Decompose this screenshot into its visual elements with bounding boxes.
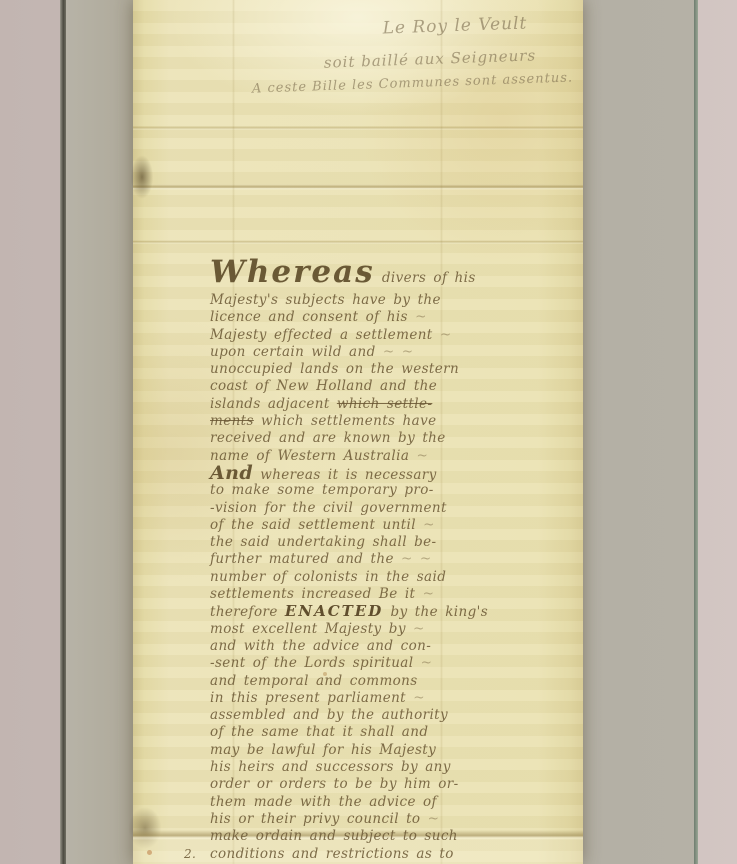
parchment-document: Le Roy le Veult soit baillé aux Seigneur… xyxy=(133,0,583,864)
document-line: his heirs and successors by any xyxy=(210,759,582,776)
document-line: his or their privy council to ~ xyxy=(210,811,582,828)
document-line: assembled and by the authority xyxy=(210,707,582,724)
text-segment: received and are known by the xyxy=(210,430,446,446)
text-segment: ~ xyxy=(416,448,428,464)
text-segment: ments xyxy=(210,413,254,429)
margin-number: 2. xyxy=(184,846,196,863)
document-line: settlements increased Be it ~ xyxy=(210,586,582,603)
text-segment: of the said settlement until xyxy=(210,517,423,533)
document-line: coast of New Holland and the xyxy=(210,378,582,395)
document-line: Whereas divers of his xyxy=(210,252,582,292)
photo-backdrop: Le Roy le Veult soit baillé aux Seigneur… xyxy=(0,0,737,864)
document-line: therefore Enacted by the king's xyxy=(210,603,582,620)
text-segment: them made with the advice of xyxy=(210,794,437,810)
document-body: Whereas divers of hisMajesty's subjects … xyxy=(210,252,582,863)
document-line: and with the advice and con- xyxy=(210,638,582,655)
text-segment: licence and consent of his xyxy=(210,309,415,325)
text-segment: And xyxy=(210,462,253,484)
text-segment: whereas it is necessary xyxy=(253,467,437,483)
document-line: islands adjacent which settle- xyxy=(210,396,582,413)
text-segment: ~ ~ xyxy=(383,344,414,360)
text-segment: islands adjacent xyxy=(210,396,337,412)
text-segment: coast of New Holland and the xyxy=(210,378,437,394)
text-segment: may be lawful for his Majesty xyxy=(210,742,436,758)
document-line: them made with the advice of xyxy=(210,794,582,811)
text-segment: therefore xyxy=(210,604,285,620)
royal-assent-line-2: soit baillé aux Seigneurs xyxy=(300,45,560,72)
document-line: And whereas it is necessary xyxy=(210,465,582,482)
text-segment: Enacted xyxy=(285,602,383,620)
document-line: of the said settlement until ~ xyxy=(210,517,582,534)
frame-edge-right xyxy=(694,0,698,864)
document-line: make ordain and subject to such xyxy=(210,828,582,845)
document-line: received and are known by the xyxy=(210,430,582,447)
royal-assent-line-1: Le Roy le Veult xyxy=(350,12,561,39)
text-segment: conditions and restrictions as to xyxy=(210,846,454,862)
document-line: further matured and the ~ ~ xyxy=(210,551,582,568)
text-segment: his or their privy council to xyxy=(210,811,428,827)
document-line: Majesty's subjects have by the xyxy=(210,292,582,309)
text-segment: of the same that it shall and xyxy=(210,724,428,740)
text-segment: most excellent Majesty by xyxy=(210,621,413,637)
text-segment: -sent of the Lords spiritual xyxy=(210,655,421,671)
crease-line xyxy=(133,126,583,130)
text-segment: ~ xyxy=(423,517,435,533)
document-line: upon certain wild and ~ ~ xyxy=(210,344,582,361)
document-line: number of colonists in the said xyxy=(210,569,582,586)
document-line: Majesty effected a settlement ~ xyxy=(210,327,582,344)
text-segment: which settlements have xyxy=(254,413,437,429)
document-line: order or orders to be by him or- xyxy=(210,776,582,793)
text-segment: ~ xyxy=(421,655,433,671)
text-segment: which settle- xyxy=(337,396,432,412)
document-line: ments which settlements have xyxy=(210,413,582,430)
text-segment: upon certain wild and xyxy=(210,344,383,360)
text-segment: Whereas xyxy=(210,254,375,290)
text-segment: ~ xyxy=(413,621,425,637)
document-line: -vision for the civil government xyxy=(210,500,582,517)
text-segment: unoccupied lands on the western xyxy=(210,361,459,377)
document-line: 2.conditions and restrictions as to xyxy=(210,846,582,863)
royal-assent-line-3: A ceste Bille les Communes sont assentus… xyxy=(250,70,575,96)
text-segment: in this present parliament xyxy=(210,690,413,706)
text-segment: assembled and by the authority xyxy=(210,707,448,723)
document-line: in this present parliament ~ xyxy=(210,690,582,707)
stain xyxy=(127,148,157,206)
text-segment: ~ xyxy=(440,327,452,343)
text-segment: Majesty's subjects have by the xyxy=(210,292,441,308)
document-line: and temporal and commons xyxy=(210,673,582,690)
text-segment: number of colonists in the said xyxy=(210,569,446,585)
text-segment: and with the advice and con- xyxy=(210,638,431,654)
document-line: licence and consent of his ~ xyxy=(210,309,582,326)
text-segment: order or orders to be by him or- xyxy=(210,776,459,792)
text-segment: Majesty effected a settlement xyxy=(210,327,440,343)
document-line: may be lawful for his Majesty xyxy=(210,742,582,759)
text-segment: further matured and the xyxy=(210,551,401,567)
text-segment: ~ xyxy=(415,309,427,325)
document-line: most excellent Majesty by ~ xyxy=(210,621,582,638)
text-segment: ~ ~ xyxy=(401,551,432,567)
text-segment: ~ xyxy=(423,586,435,602)
document-line: of the same that it shall and xyxy=(210,724,582,741)
document-line: to make some temporary pro- xyxy=(210,482,582,499)
text-segment: the said undertaking shall be- xyxy=(210,534,437,550)
document-line: unoccupied lands on the western xyxy=(210,361,582,378)
text-segment: by the king's xyxy=(383,604,488,620)
text-segment: divers of his xyxy=(375,270,476,286)
text-segment: to make some temporary pro- xyxy=(210,482,434,498)
text-segment: and temporal and commons xyxy=(210,673,418,689)
text-segment: ~ xyxy=(413,690,425,706)
document-line: the said undertaking shall be- xyxy=(210,534,582,551)
text-segment: make ordain and subject to such xyxy=(210,828,458,844)
crease-line xyxy=(133,184,583,190)
document-line: -sent of the Lords spiritual ~ xyxy=(210,655,582,672)
document-line: name of Western Australia ~ xyxy=(210,448,582,465)
text-segment: his heirs and successors by any xyxy=(210,759,451,775)
text-segment: -vision for the civil government xyxy=(210,500,447,516)
text-segment: ~ xyxy=(428,811,440,827)
text-segment: settlements increased Be it xyxy=(210,586,423,602)
crease-line xyxy=(133,240,583,244)
